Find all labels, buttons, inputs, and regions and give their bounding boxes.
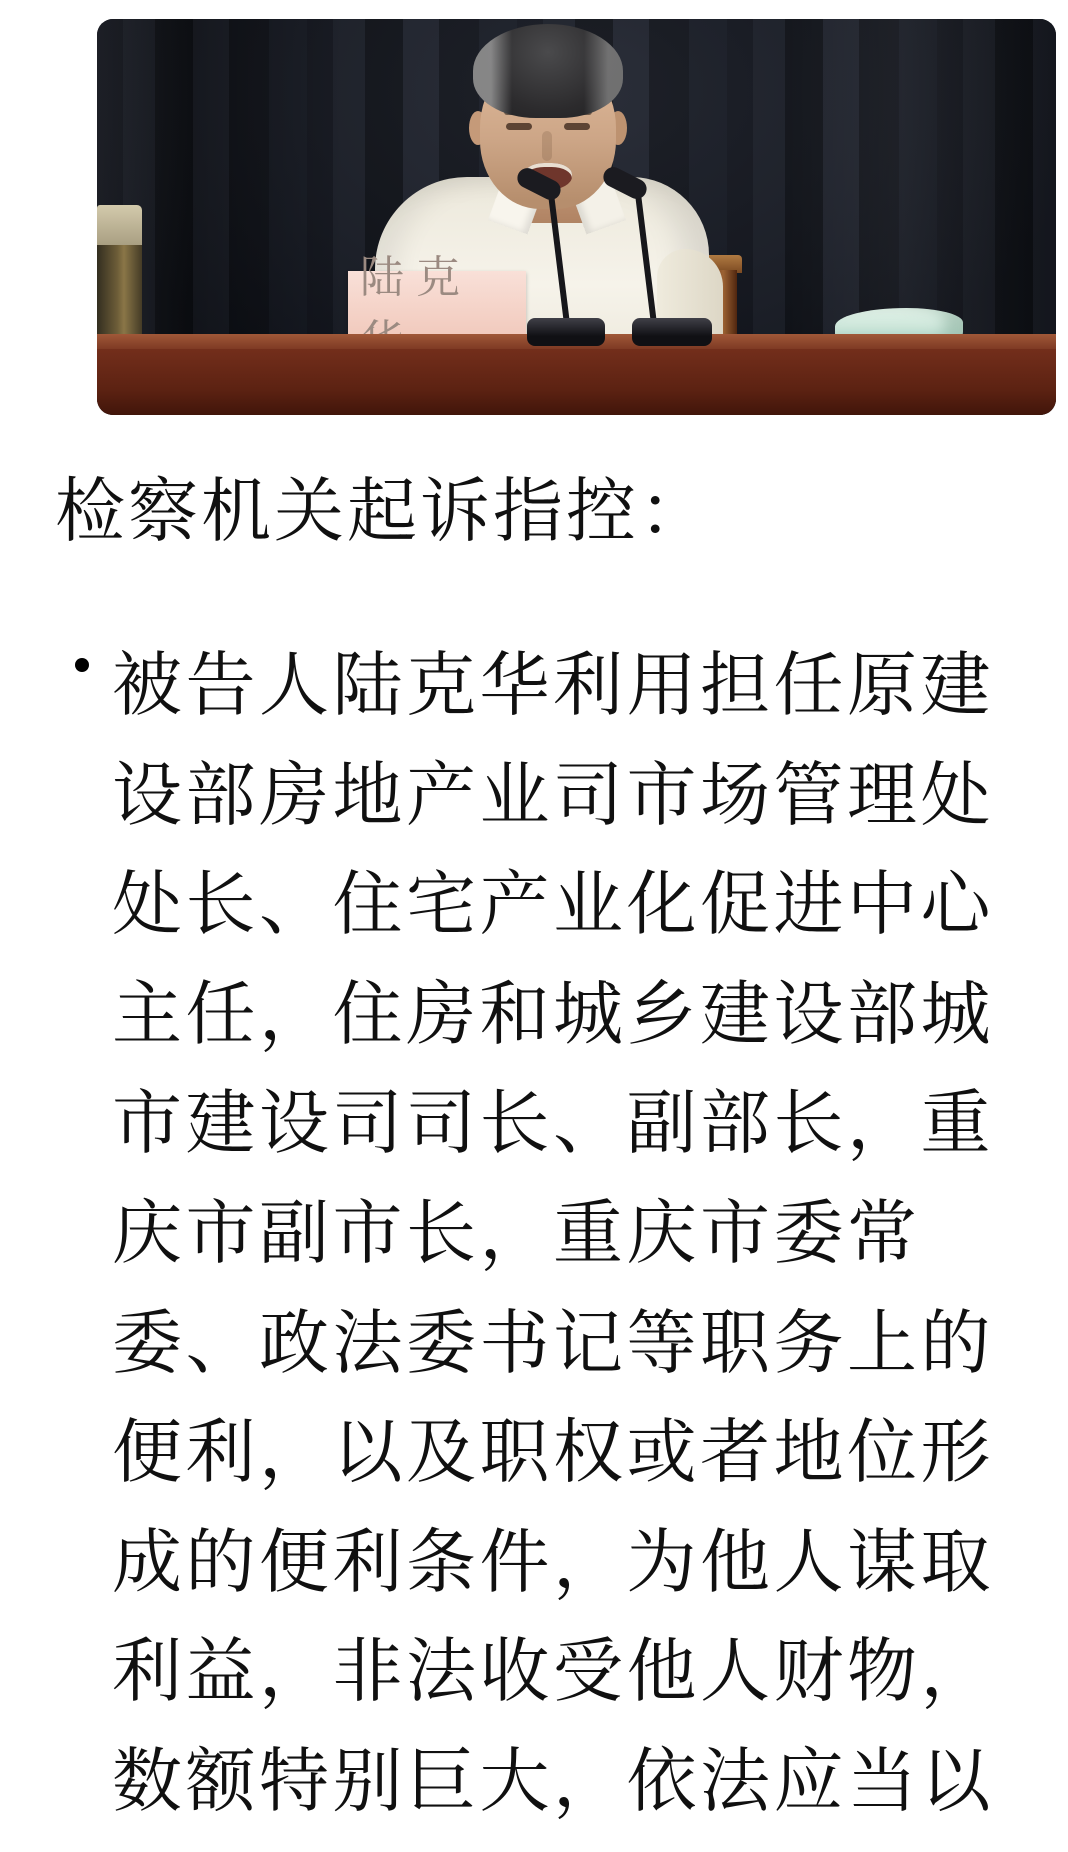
text-line: 处长、住宅产业化促进中心: [112, 850, 1018, 960]
desk-front-face: [97, 349, 1056, 415]
nameplate: 陆克华: [348, 271, 526, 339]
microphone-right-base: [632, 318, 712, 346]
text-line: 被告人陆克华利用担任原建: [112, 631, 1018, 741]
text-line: 便利，以及职权或者地位形: [112, 1398, 1018, 1508]
text-line: 委、政法委书记等职务上的: [112, 1289, 1018, 1399]
text-line: 主任，住房和城乡建设部城: [112, 960, 1018, 1070]
text-line: 利益，非法收受他人财物，: [112, 1617, 1018, 1727]
conference-desk: [97, 334, 1056, 415]
left-eye: [506, 123, 532, 130]
right-eye: [564, 123, 590, 130]
press-conference-photo[interactable]: 陆克华: [97, 19, 1056, 415]
hair: [473, 24, 623, 118]
text-line: 成的便利条件，为他人谋取: [112, 1508, 1018, 1618]
text-line: 数额特别巨大，依法应当以: [112, 1727, 1018, 1837]
microphone-left-base: [527, 318, 605, 346]
nose-shadow: [542, 131, 552, 161]
section-heading: 检察机关起诉指控：: [55, 462, 712, 560]
text-line: 市建设司司长、副部长，重: [112, 1069, 1018, 1179]
bullet-text: 被告人陆克华利用担任原建设部房地产业司市场管理处处长、住宅产业化促进中心主任，住…: [112, 631, 1018, 1837]
bullet-marker: [75, 658, 89, 672]
article-page: { "photo": { "nameplate_text": "陆克华" }, …: [0, 0, 1068, 1852]
text-line: 庆市副市长，重庆市委常: [112, 1179, 1018, 1289]
text-line: 设部房地产业司市场管理处: [112, 741, 1018, 851]
